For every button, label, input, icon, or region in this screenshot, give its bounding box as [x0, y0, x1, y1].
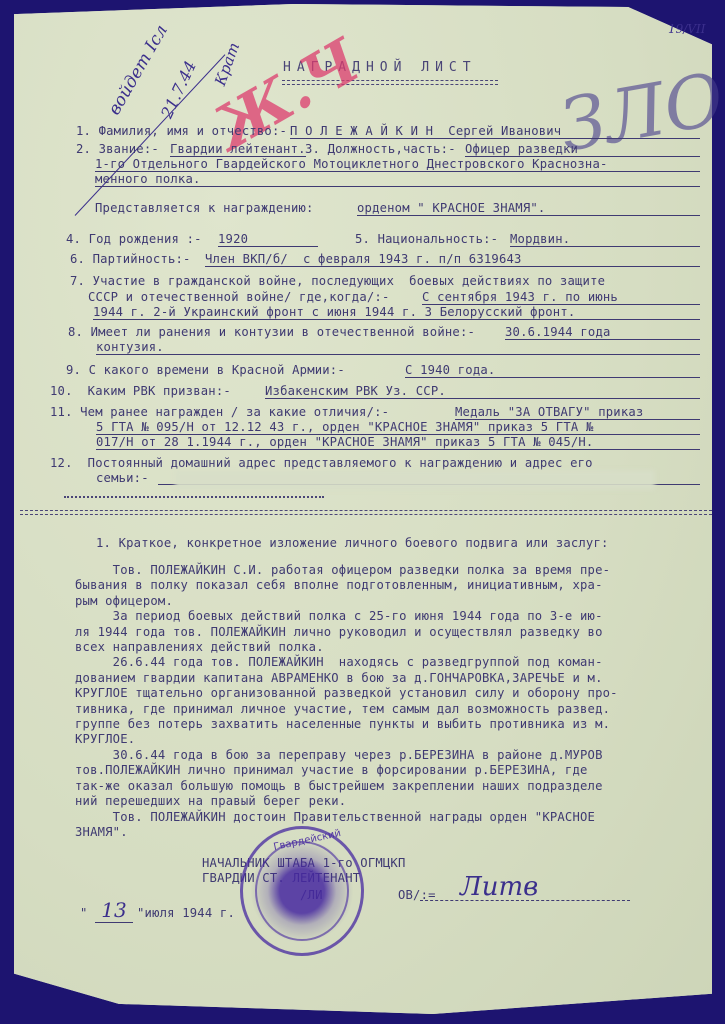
- narrative-line: всех направлениях действий полка.: [75, 640, 618, 655]
- narrative-text: Тов. ПОЛЕЖАЙКИН С.И. работая офицером ра…: [75, 563, 618, 840]
- narrative-line: 30.6.44 года в бою за переправу через р.…: [75, 748, 618, 763]
- field-3-label: 3. Должность,часть:-: [305, 142, 456, 156]
- field-8-value-1: 30.6.1944 года: [505, 325, 700, 340]
- field-7-value-2: 1944 г. 2-й Украинский фронт с июня 1944…: [93, 305, 700, 320]
- field-3-value-1: Офицер разведки: [465, 142, 700, 157]
- handwritten-top-right: 19/VII: [668, 22, 705, 36]
- official-stamp: Гвардейский: [240, 826, 364, 956]
- field-1-value: П О Л Е Ж А Й К И Н Сергей Иванович: [290, 124, 700, 139]
- field-7-label: СССР и отечественной войне/ где,когда/:-: [88, 290, 390, 304]
- field-3-value-3: менного полка.: [95, 172, 700, 187]
- field-9-label: 9. С какого времени в Красной Армии:-: [66, 363, 345, 377]
- narrative-line: группе без потерь захватить населенные п…: [75, 717, 618, 732]
- field-2-value: Гвардии лейтенант.: [170, 142, 306, 157]
- section-heading: 1. Краткое, конкретное изложение личного…: [96, 536, 609, 550]
- narrative-line: Тов. ПОЛЕЖАЙКИН достоин Правительственно…: [75, 810, 618, 825]
- field-11-value-3: 017/Н от 28 1.1944 г., орден "КРАСНОЕ ЗН…: [96, 435, 700, 450]
- handwritten-signature: Литв: [460, 872, 538, 902]
- field-2-label: 2. Звание:-: [76, 142, 159, 156]
- field-11-value-2: 5 ГТА № 095/Н от 12.12 43 г., орден "КРА…: [96, 420, 700, 435]
- field-4-label: 4. Год рождения :-: [66, 232, 202, 246]
- narrative-line: тов.ПОЛЕЖАЙКИН лично принимал участие в …: [75, 763, 618, 778]
- award-value: орденом " КРАСНОЕ ЗНАМЯ".: [357, 201, 700, 216]
- dotted-separator: [64, 496, 324, 498]
- narrative-line: За период боевых действий полка с 25-го …: [75, 609, 618, 624]
- redacted-address: [175, 470, 655, 490]
- field-6-value: Член ВКП/б/ с февраля 1943 г. п/п 631964…: [205, 252, 700, 267]
- narrative-line: Тов. ПОЛЕЖАЙКИН С.И. работая офицером ра…: [75, 563, 618, 578]
- field-12-label: семьи:-: [96, 471, 149, 485]
- field-6-label: 6. Партийность:-: [70, 252, 191, 266]
- field-1-label: 1. Фамилия, имя и отчество:-: [76, 124, 287, 138]
- narrative-line: дованием гвардии капитана АВРАМЕНКО в бо…: [75, 671, 618, 686]
- narrative-line: бывания в полку показал себя вполне подг…: [75, 578, 618, 593]
- narrative-line: ЗНАМЯ".: [75, 825, 618, 840]
- field-10-value: Избакенским РВК Уз. ССР.: [265, 384, 700, 399]
- date-prefix: ": [80, 906, 88, 920]
- narrative-line: тивника, где принимал личное участие, те…: [75, 702, 618, 717]
- narrative-line: КРУГЛОЕ.: [75, 732, 618, 747]
- narrative-line: ля 1944 года тов. ПОЛЕЖАЙКИН лично руков…: [75, 625, 618, 640]
- section-separator: [20, 510, 712, 515]
- narrative-line: ний перешедших на правый берег реки.: [75, 794, 618, 809]
- field-8-value-2: контузия.: [96, 340, 700, 355]
- date-suffix: "июля 1944 г.: [137, 906, 235, 920]
- narrative-line: рым офицером.: [75, 594, 618, 609]
- field-7-value-1: С сентября 1943 г. по июнь: [422, 290, 700, 305]
- field-4-value: 1920: [218, 232, 318, 247]
- field-10-label: 10. Каким РВК призван:-: [50, 384, 231, 398]
- field-5-label: 5. Национальность:-: [355, 232, 498, 246]
- narrative-line: 26.6.44 года тов. ПОЛЕЖАЙКИН находясь с …: [75, 655, 618, 670]
- field-12-line-1: 12. Постоянный домашний адрес представля…: [50, 456, 593, 470]
- narrative-line: КРУГЛОЕ тщательно организованной разведк…: [75, 686, 618, 701]
- field-11-value-1: Медаль "ЗА ОТВАГУ" приказ: [455, 405, 700, 420]
- narrative-line: так-же оказал большую помощь в быстрейше…: [75, 779, 618, 794]
- field-3-value-2: 1-го Отдельного Гвардейского Мотоциклетн…: [95, 157, 700, 172]
- field-5-value: Мордвин.: [510, 232, 700, 247]
- field-9-value: С 1940 года.: [405, 363, 700, 378]
- award-label: Представляется к награждению:: [95, 201, 314, 215]
- date-day: 13: [95, 898, 133, 923]
- field-11-label: 11. Чем ранее награжден / за какие отлич…: [50, 405, 389, 419]
- field-7-line-1: 7. Участие в гражданской войне, последую…: [70, 274, 605, 288]
- field-8-label: 8. Имеет ли ранения и контузии в отечест…: [68, 325, 475, 339]
